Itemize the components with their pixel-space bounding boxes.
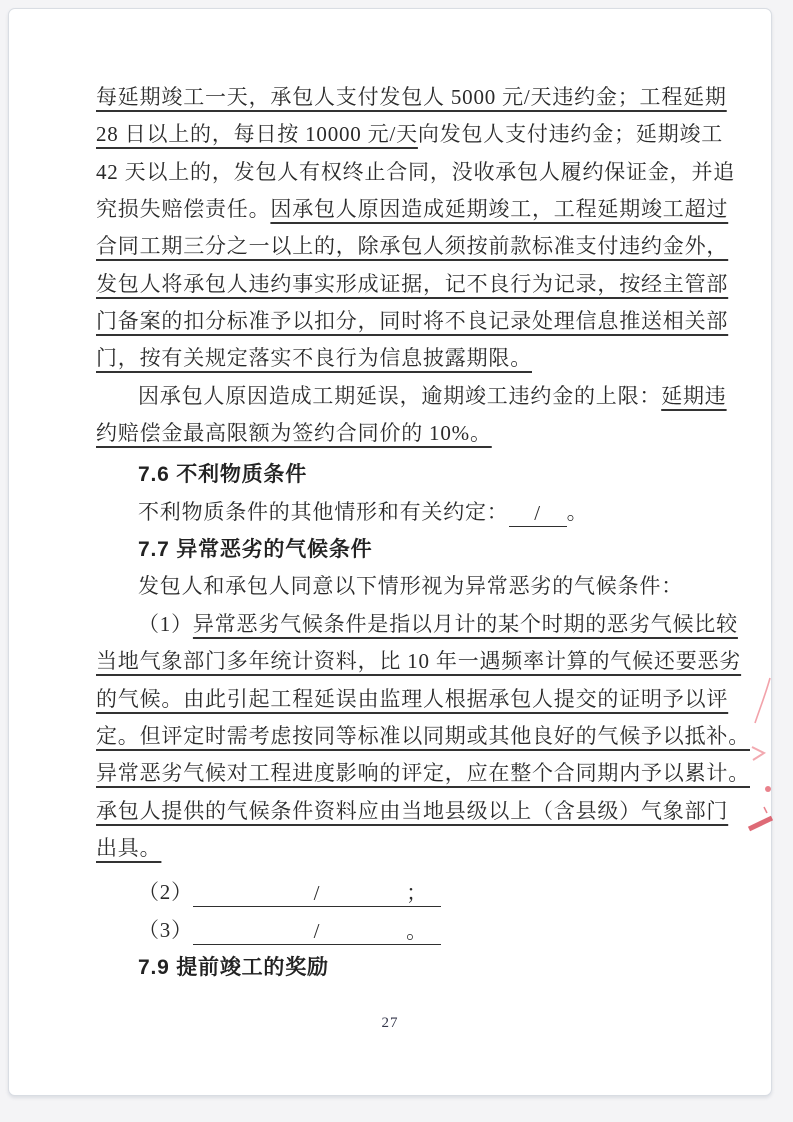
end-punctuation: ；	[406, 883, 428, 904]
underlined-text: 因承包人原因造成延期竣工，工程延期竣工超过	[270, 197, 728, 221]
plain-text: 42 天以上的，发包人有权终止合同，没收承包人履约保证金，并追	[96, 160, 735, 184]
underlined-text: 异常恶劣气候对工程进度影响的评定，应在整个合同期内予以累计。	[96, 761, 750, 785]
underlined-text: 28 日以上的，每日按 10000 元/天	[96, 122, 418, 146]
paragraph-line: （1）异常恶劣气候条件是指以月计的某个时期的恶劣气候比较	[96, 606, 710, 643]
underlined-text: 当地气象部门多年统计资料，比 10 年一遇频率计算的气候还要恶劣	[96, 649, 741, 673]
paragraph-line: 28 日以上的，每日按 10000 元/天向发包人支付违约金；延期竣工	[96, 116, 710, 153]
fill-in-line-7-6: 不利物质条件的其他情形和有关约定：/。	[96, 494, 710, 531]
paragraph-line: 门，按有关规定落实不良行为信息披露期限。	[96, 340, 710, 377]
underlined-text: 合同工期三分之一以上的，除承包人须按前款标准支付违约金外，	[96, 234, 728, 258]
paragraph-line: 定。但评定时需考虑按同等标准以同期或其他良好的气候予以抵补。	[96, 718, 710, 755]
paragraph-line: 究损失赔偿责任。因承包人原因造成延期竣工，工程延期竣工超过	[96, 191, 710, 228]
section-heading-7-7: 7.7 异常恶劣的气候条件	[96, 531, 710, 568]
plain-text: 。	[567, 500, 589, 524]
slash-placeholder: /	[193, 921, 441, 942]
underlined-text: 门备案的扣分标准予以扣分，同时将不良记录处理信息推送相关部	[96, 309, 728, 333]
underlined-text: 每延期竣工一天，承包人支付发包人 5000 元/天违约金；工程延期	[96, 85, 727, 109]
plain-text: 发包人和承包人同意以下情形视为异常恶劣的气候条件：	[138, 574, 683, 598]
paragraph-line: 42 天以上的，发包人有权终止合同，没收承包人履约保证金，并追	[96, 154, 710, 191]
end-punctuation: 。	[406, 921, 428, 942]
red-seal-edge-marks	[741, 668, 789, 848]
heading-text: 7.6 不利物质条件	[138, 463, 307, 486]
paragraph-line: 每延期竣工一天，承包人支付发包人 5000 元/天违约金；工程延期	[96, 79, 710, 116]
plain-text: 究损失赔偿责任。	[96, 197, 270, 221]
paragraph-line: 门备案的扣分标准予以扣分，同时将不良记录处理信息推送相关部	[96, 303, 710, 340]
fill-in-line-2: （2）/；	[96, 874, 710, 911]
underlined-text: 定。但评定时需考虑按同等标准以同期或其他良好的气候予以抵补。	[96, 724, 750, 748]
document-page: 每延期竣工一天，承包人支付发包人 5000 元/天违约金；工程延期 28 日以上…	[8, 8, 772, 1096]
paragraph-line: 异常恶劣气候对工程进度影响的评定，应在整个合同期内予以累计。	[96, 755, 710, 792]
fill-in-line-3: （3）/。	[96, 912, 710, 949]
paragraph-line: 发包人和承包人同意以下情形视为异常恶劣的气候条件：	[96, 568, 710, 605]
underlined-text: 异常恶劣气候条件是指以月计的某个时期的恶劣气候比较	[193, 612, 738, 636]
underlined-text: 发包人将承包人违约事实形成证据，记不良行为记录，按经主管部	[96, 272, 728, 296]
paragraph-line: 承包人提供的气候条件资料应由当地县级以上（含县级）气象部门	[96, 793, 710, 830]
heading-text: 7.7 异常恶劣的气候条件	[138, 538, 372, 561]
underlined-text: 的气候。由此引起工程延误由监理人根据承包人提交的证明予以评	[96, 687, 728, 711]
underlined-text: 约赔偿金最高限额为签约合同价的 10%。	[96, 421, 492, 445]
underlined-text: 出具。	[96, 836, 161, 860]
paragraph-line: 出具。	[96, 830, 710, 867]
heading-text: 7.9 提前竣工的奖励	[138, 956, 329, 979]
paragraph-line: 约赔偿金最高限额为签约合同价的 10%。	[96, 415, 710, 452]
underlined-text: 门，按有关规定落实不良行为信息披露期限。	[96, 346, 532, 370]
slash-placeholder: /	[509, 503, 567, 524]
paragraph-line: 合同工期三分之一以上的，除承包人须按前款标准支付违约金外，	[96, 228, 710, 265]
fill-in-blank: /	[509, 494, 567, 527]
paragraph-line: 因承包人原因造成工期延误，逾期竣工违约金的上限：延期违	[96, 378, 710, 415]
underlined-text: 延期违	[661, 384, 726, 408]
page-number: 27	[9, 1015, 771, 1032]
paragraph-line: 发包人将承包人违约事实形成证据，记不良行为记录，按经主管部	[96, 266, 710, 303]
section-heading-7-6: 7.6 不利物质条件	[96, 456, 710, 493]
paragraph-line: 的气候。由此引起工程延误由监理人根据承包人提交的证明予以评	[96, 681, 710, 718]
fill-in-blank: /。	[193, 912, 441, 945]
contract-text-block: 每延期竣工一天，承包人支付发包人 5000 元/天违约金；工程延期 28 日以上…	[96, 79, 710, 986]
plain-text: 因承包人原因造成工期延误，逾期竣工违约金的上限：	[138, 384, 661, 408]
paragraph-line: 当地气象部门多年统计资料，比 10 年一遇频率计算的气候还要恶劣	[96, 643, 710, 680]
slash-placeholder: /	[193, 883, 441, 904]
list-item-number: （1）	[138, 612, 193, 636]
section-heading-7-9: 7.9 提前竣工的奖励	[96, 949, 710, 986]
list-item-number: （2）	[138, 880, 193, 904]
plain-text: 向发包人支付违约金；延期竣工	[418, 122, 723, 146]
fill-in-blank: /；	[193, 874, 441, 907]
list-item-number: （3）	[138, 918, 193, 942]
plain-text: 不利物质条件的其他情形和有关约定：	[138, 500, 509, 524]
underlined-text: 承包人提供的气候条件资料应由当地县级以上（含县级）气象部门	[96, 799, 728, 823]
